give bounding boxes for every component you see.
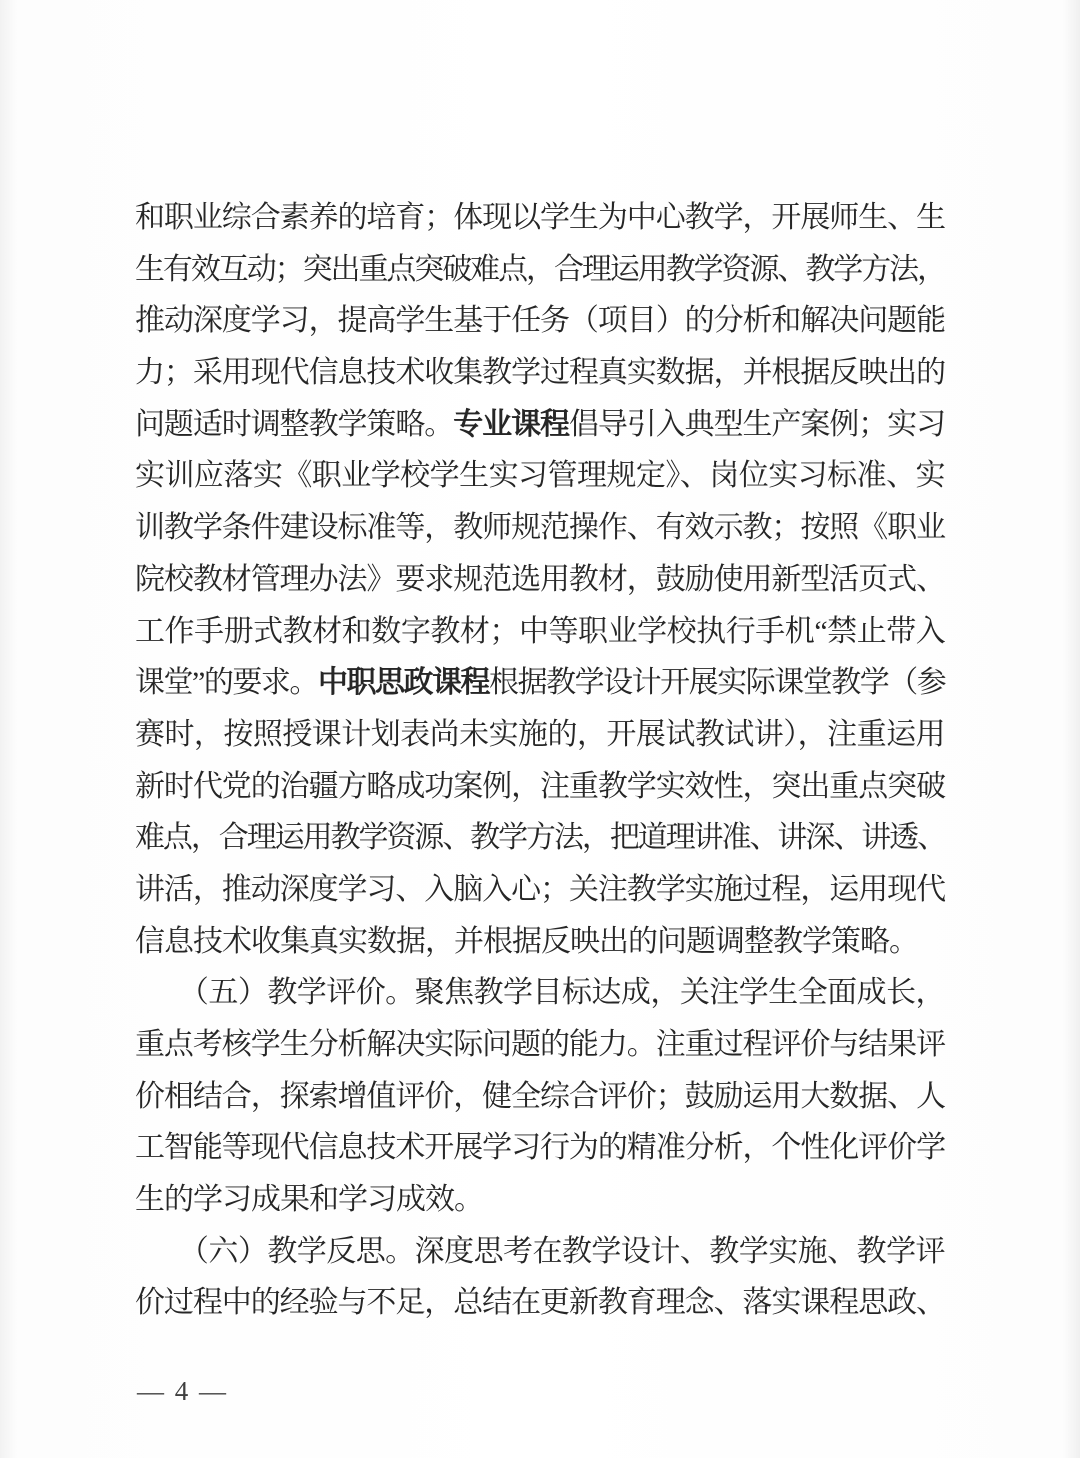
text-line: 实训应落实《职业学校学生实习管理规定》、岗位实习标准、实 [135,450,945,502]
bold-term: 专业课程 [453,408,569,441]
text-segment: 和职业综合素养的培育；体现以学生为中心教学，开展师生、生 [135,201,945,234]
text-segment: 赛时，按照授课计划表尚未实施的，开展试教试讲），注重运用 [135,718,945,751]
text-segment: 训教学条件建设标准等，教师规范操作、有效示教；按照《职业 [135,511,945,544]
text-line: 工智能等现代信息技术开展学习行为的精准分析，个性化评价学 [135,1122,945,1174]
text-line: 讲活，推动深度学习、入脑入心；关注教学实施过程，运用现代 [135,864,945,916]
text-segment: 实训应落实《职业学校学生实习管理规定》、岗位实习标准、实 [135,459,945,492]
text-line: 价过程中的经验与不足，总结在更新教育理念、落实课程思政、 [135,1277,945,1329]
text-line: 力；采用现代信息技术收集教学过程真实数据，并根据反映出的 [135,347,945,399]
text-segment: 倡导引入典型生产案例；实习 [569,408,945,441]
text-line: 工作手册式教材和数字教材；中等职业学校执行手机“禁止带入 [135,606,945,658]
text-line: 赛时，按照授课计划表尚未实施的，开展试教试讲），注重运用 [135,709,945,761]
text-segment: 难点，合理运用教学资源、教学方法，把道理讲准、讲深、讲透、 [135,821,945,854]
text-segment: 重点考核学生分析解决实际问题的能力。注重过程评价与结果评 [135,1028,945,1061]
text-line: （六）教学反思。深度思考在教学设计、教学实施、教学评 [135,1226,945,1278]
text-segment: （五）教学评价。聚焦教学目标达成，关注学生全面成长， [135,976,945,1009]
text-segment: 根据教学设计开展实际课堂教学（参 [489,666,945,699]
text-segment: 问题适时调整教学策略。 [135,408,453,441]
document-body: 和职业综合素养的培育；体现以学生为中心教学，开展师生、生生有效互动；突出重点突破… [135,192,945,1329]
text-segment: 信息技术收集真实数据，并根据反映出的问题调整教学策略。 [135,925,918,958]
text-segment: 推动深度学习，提高学生基于任务（项目）的分析和解决问题能 [135,304,945,337]
text-line: 新时代党的治疆方略成功案例，注重教学实效性，突出重点突破 [135,761,945,813]
text-segment: 新时代党的治疆方略成功案例，注重教学实效性，突出重点突破 [135,770,945,803]
bold-term: 中职思政课程 [318,666,489,699]
page-number: — 4 — [137,1376,228,1407]
text-line: 信息技术收集真实数据，并根据反映出的问题调整教学策略。 [135,916,945,968]
text-segment: 力；采用现代信息技术收集教学过程真实数据，并根据反映出的 [135,356,945,389]
text-line: 训教学条件建设标准等，教师规范操作、有效示教；按照《职业 [135,502,945,554]
text-line: 问题适时调整教学策略。专业课程倡导引入典型生产案例；实习 [135,399,945,451]
document-page: 和职业综合素养的培育；体现以学生为中心教学，开展师生、生生有效互动；突出重点突破… [0,0,1080,1458]
text-segment: 院校教材管理办法》要求规范选用教材，鼓励使用新型活页式、 [135,563,945,596]
text-segment: 生有效互动；突出重点突破难点，合理运用教学资源、教学方法， [135,253,945,286]
text-segment: 课堂”的要求。 [135,666,318,699]
text-segment: 工智能等现代信息技术开展学习行为的精准分析，个性化评价学 [135,1131,945,1164]
text-line: 课堂”的要求。中职思政课程根据教学设计开展实际课堂教学（参 [135,657,945,709]
text-segment: 讲活，推动深度学习、入脑入心；关注教学实施过程，运用现代 [135,873,945,906]
text-segment: 工作手册式教材和数字教材；中等职业学校执行手机“禁止带入 [135,615,945,648]
text-line: 难点，合理运用教学资源、教学方法，把道理讲准、讲深、讲透、 [135,812,945,864]
text-line: （五）教学评价。聚焦教学目标达成，关注学生全面成长， [135,967,945,1019]
text-line: 和职业综合素养的培育；体现以学生为中心教学，开展师生、生 [135,192,945,244]
text-line: 生有效互动；突出重点突破难点，合理运用教学资源、教学方法， [135,244,945,296]
text-line: 重点考核学生分析解决实际问题的能力。注重过程评价与结果评 [135,1019,945,1071]
text-segment: 价过程中的经验与不足，总结在更新教育理念、落实课程思政、 [135,1286,945,1319]
text-line: 价相结合，探索增值评价，健全综合评价；鼓励运用大数据、人 [135,1071,945,1123]
text-segment: （六）教学反思。深度思考在教学设计、教学实施、教学评 [135,1235,945,1268]
text-segment: 生的学习成果和学习成效。 [135,1183,483,1216]
text-segment: 价相结合，探索增值评价，健全综合评价；鼓励运用大数据、人 [135,1080,945,1113]
text-line: 院校教材管理办法》要求规范选用教材，鼓励使用新型活页式、 [135,554,945,606]
text-line: 推动深度学习，提高学生基于任务（项目）的分析和解决问题能 [135,295,945,347]
text-line: 生的学习成果和学习成效。 [135,1174,945,1226]
